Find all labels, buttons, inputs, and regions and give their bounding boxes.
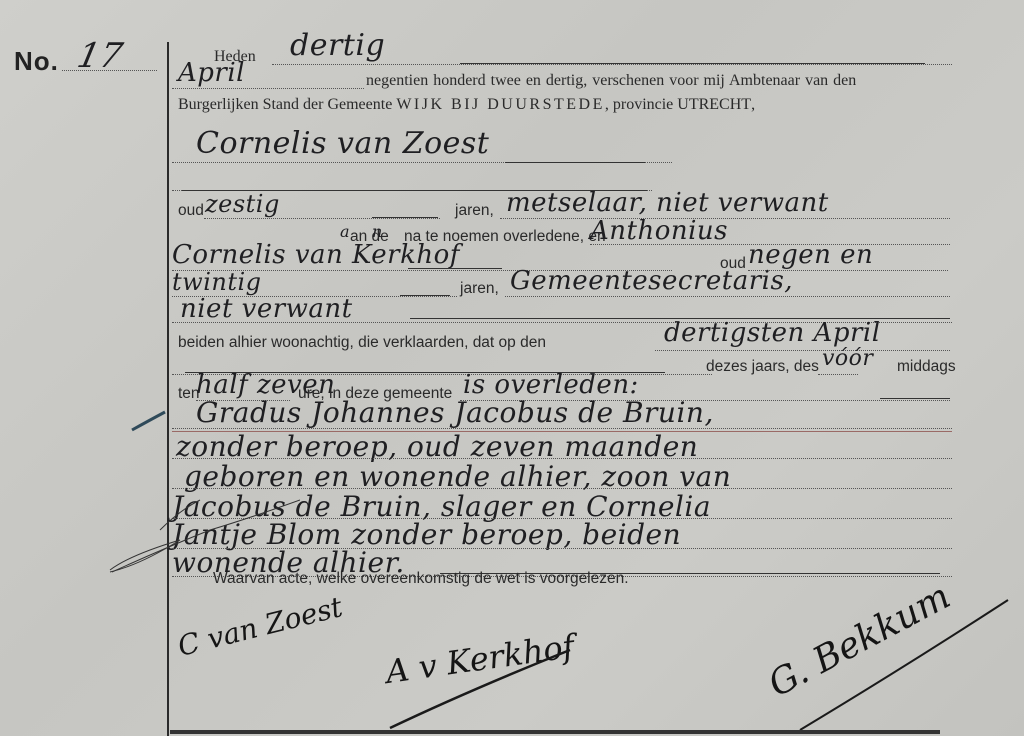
hand-time-of-day: vóór: [822, 346, 873, 371]
hand-day: dertig: [290, 28, 385, 63]
hand-date: dertigsten April: [664, 318, 881, 348]
filled-rule: [400, 295, 450, 296]
printed-statement-a: beiden alhier woonachtig, die verklaarde…: [178, 334, 546, 352]
filled-rule: [880, 398, 950, 399]
certificate-page: No. 17 Heden dertig April negentien hond…: [0, 0, 1024, 736]
filled-rule: [460, 63, 925, 64]
margin-line: [167, 42, 169, 736]
signature-official-flourish: [780, 590, 1020, 736]
municipality: WIJK BIJ DUURSTEDE: [396, 96, 605, 113]
comma: ,: [751, 96, 755, 113]
printed-line2: negentien honderd twee en dertig, versch…: [366, 72, 856, 90]
printed-middags: middags: [897, 358, 956, 376]
printed-statement-b: dezes jaars, des: [706, 358, 819, 376]
dotted-line: [272, 64, 952, 65]
declarant1-occupation: metselaar, niet verwant: [506, 188, 829, 218]
dotted-line: [818, 374, 858, 375]
declarant2-relation: niet verwant: [180, 294, 353, 324]
signature-declarant1: C van Zoest: [175, 590, 346, 663]
printed-jaren-2: jaren,: [460, 280, 499, 298]
dotted-line: [172, 88, 364, 89]
printed-line3: Burgerlijken Stand der Gemeente WIJK BIJ…: [178, 96, 755, 114]
declarant1-name: Cornelis van Zoest: [196, 126, 489, 161]
printed-provincie: , provincie: [605, 96, 673, 113]
province: UTRECHT: [677, 96, 751, 113]
printed-stand: Burgerlijken Stand der Gemeente: [178, 96, 392, 113]
declarant2-age-b: twintig: [172, 268, 262, 296]
filled-rule: [408, 268, 502, 269]
declarant2-name: Cornelis van Kerkhof: [172, 240, 460, 270]
certificate-number-label: No.: [14, 46, 59, 77]
hand-month: April: [178, 58, 245, 88]
closing-statement: Waarvan acte, welke overeenkomstig de we…: [213, 570, 629, 588]
dotted-line: [505, 296, 950, 297]
dotted-line: [655, 350, 950, 351]
certificate-number: 17: [74, 36, 127, 76]
declarant2-first-name: Anthonius: [590, 216, 728, 246]
footer-rule: [170, 730, 940, 734]
declarant1-age: zestig: [205, 190, 280, 218]
signature-underline-flourish: [370, 620, 590, 736]
relation-hand-a: a: [340, 222, 350, 241]
filled-rule: [505, 162, 645, 163]
printed-jaren: jaren,: [455, 202, 494, 220]
printed-oud: oud: [178, 202, 204, 220]
declarant2-occupation: Gemeentesecretaris,: [510, 266, 793, 296]
filled-rule: [372, 217, 438, 218]
relation-hand-b: n: [372, 222, 383, 241]
dotted-line: [204, 218, 440, 219]
